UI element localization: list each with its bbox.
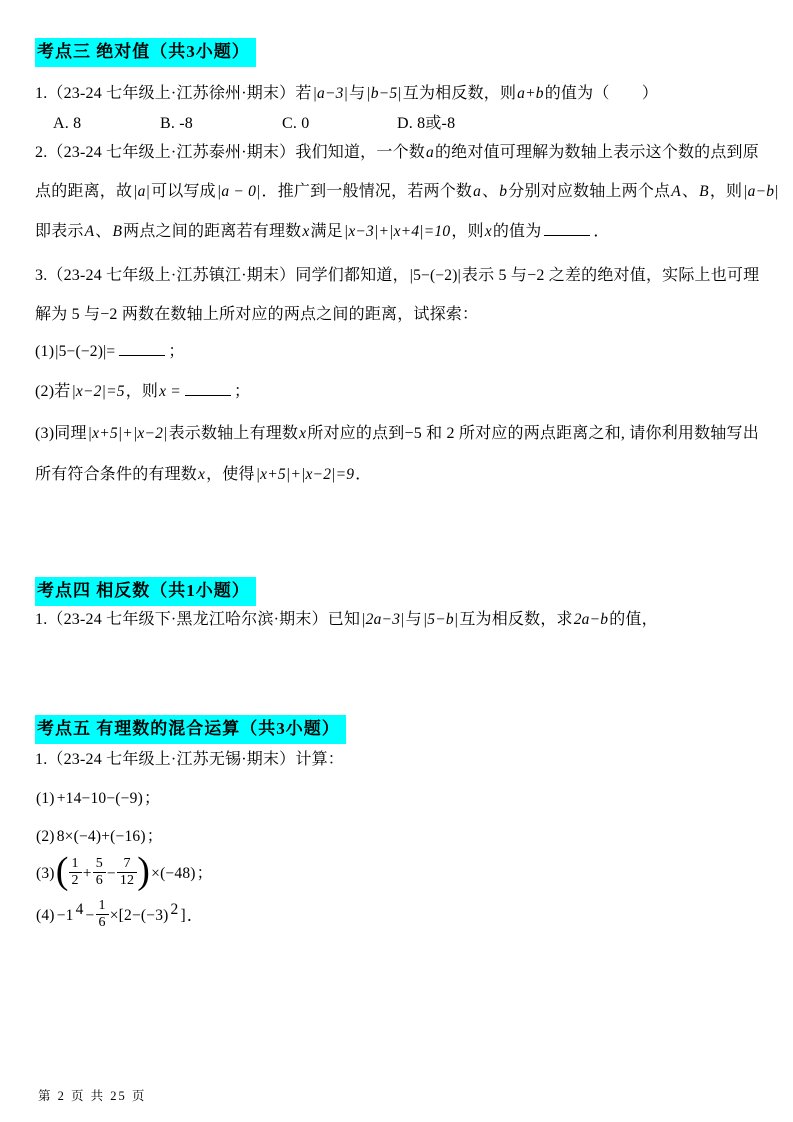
fraction: 712 [117,856,137,889]
question-5-stem: 1.（23-24 七年级上·江苏无锡·期末）计算： [35,748,344,772]
text-run: 3.（23-24 七年级上·江苏镇江·期末）同学们都知道， [35,267,409,284]
section-header-5-label: 考点五 有理数的混合运算（共3小题） [35,715,346,744]
part-label: (3)同理 [35,425,87,442]
exponent: 4 [75,901,85,918]
question-3-part-3-line-1: (3)同理|x+5|+|x−2|表示数轴上有理数x所对应的点到−5 和 2 所对… [35,422,759,446]
text-run: 满足 [310,223,342,240]
fraction-numerator: 1 [69,856,82,872]
math-expression: x [197,466,206,483]
fraction: 12 [69,856,82,889]
text-run: 两点之间的距离若有理数 [123,223,301,240]
math-expression: |5−(−2)| [409,267,462,284]
text-run: ，则 [126,383,158,400]
answer-blank [119,350,165,356]
text-run: 即表示 [35,223,84,240]
math-expression: b [498,183,508,200]
math-expression: |b−5| [365,85,402,102]
text-run: ． [355,466,371,483]
math-expression: x [484,223,493,240]
text-run: 所有符合条件的有理数 [35,466,197,483]
fraction-denominator: 6 [96,914,109,931]
question-2-line-3: 即表示A、B两点之间的距离若有理数x满足|x−3|+|x+4|=10，则x的值为… [35,220,610,244]
calc-item-1: (1)+14−10−(−9)； [35,787,160,811]
math-expression: |a| [132,183,151,200]
fraction-numerator: 1 [96,898,109,914]
text-run: 的绝对值可理解为数轴上表示这个数的点到原 [435,144,759,161]
text-run: ．推广到一般情况，若两个数 [262,183,473,200]
operator: + [82,865,93,882]
text-run: 互为相反数，则 [403,85,516,102]
option-c: C. 0 [282,112,309,136]
part-label: (1) [35,790,56,807]
answer-blank [185,390,231,396]
calc-item-4: (4)−14−16×[2−(−3)2]． [35,900,203,933]
fraction-numerator: 7 [117,856,137,872]
option-a: A. 8 [53,112,81,136]
math-expression: 8×(−4)+(−16) [56,828,147,845]
text-run: 互为相反数，求 [459,611,572,628]
part-label: (3) [35,865,56,882]
math-expression: |5−(−2)|= [54,343,116,360]
right-paren: ) [137,854,150,888]
part-label: (2) [35,828,56,845]
page-number-footer: 第 2 页 共 25 页 [38,1086,146,1104]
text-run: 表示数轴上有理数 [169,425,299,442]
text-run: 、 [482,183,498,200]
question-1-stem: 1.（23-24 七年级上·江苏徐州·期末）若|a−3|与|b−5|互为相反数，… [35,82,658,106]
math-expression: |a−3| [312,85,349,102]
text-run: 2.（23-24 七年级上·江苏泰州·期末）我们知道，一个数 [35,144,425,161]
fraction-denominator: 6 [93,872,106,889]
section-header-4: 考点四 相反数（共1小题） [35,577,256,606]
fraction-denominator: 12 [117,872,137,889]
section-header-3-label: 考点三 绝对值（共3小题） [35,38,256,67]
answer-blank [544,230,590,236]
question-3-part-3-line-2: 所有符合条件的有理数x，使得|x+5|+|x−2|=9． [35,463,371,487]
section-header-4-label: 考点四 相反数（共1小题） [35,577,256,606]
math-expression: |5−b| [422,611,459,628]
text-run: 与 [349,85,365,102]
option-b: B. -8 [160,112,193,136]
fraction-numerator: 5 [93,856,106,872]
text-run: 所对应的点到−5 和 2 所对应的两点距离之和, 请你利用数轴写出 [307,425,759,442]
document-page: 考点三 绝对值（共3小题） 1.（23-24 七年级上·江苏徐州·期末）若|a−… [0,0,793,1122]
math-expression: A [84,223,96,240]
math-expression: ×[2−(−3) [109,907,170,924]
text-run: 的值， [609,611,658,628]
fraction-denominator: 2 [69,872,82,889]
text-run: ； [168,343,184,360]
calc-item-3: (3)(12+56−712)×(−48)； [35,857,213,891]
operator: − [106,865,117,882]
text-run: 1.（23-24 七年级上·江苏徐州·期末）若 [35,85,312,102]
options-row: A. 8 B. -8 C. 0 D. 8或-8 [0,112,793,136]
question-3-part-1: (1)|5−(−2)|=； [35,340,185,364]
text-run: 1.（23-24 七年级下·黑龙江哈尔滨·期末）已知 [35,611,360,628]
right-bracket: ] [179,907,186,924]
text-run: ； [197,865,213,882]
text-run: ． [593,223,609,240]
part-label: (2)若 [35,383,70,400]
question-3-part-2: (2)若|x−2|=5，则x =； [35,380,250,404]
math-expression: |x+5|+|x−2| [87,425,169,442]
section-header-3: 考点三 绝对值（共3小题） [35,38,256,67]
text-run: ； [234,383,250,400]
math-expression: a [472,183,482,200]
text-run: 的值为（ ） [545,85,658,102]
section-header-5: 考点五 有理数的混合运算（共3小题） [35,715,346,744]
math-expression: |a−b| [742,183,779,200]
text-run: 解为 5 与−2 两数在数轴上所对应的两点之间的距离，试探索： [35,306,478,323]
left-paren: ( [56,854,69,888]
calc-item-2: (2)8×(−4)+(−16)； [35,825,163,849]
math-expression: |a − 0| [216,183,262,200]
math-expression: 2a−b [573,611,610,628]
text-run: ，使得 [206,466,255,483]
question-3-line-1: 3.（23-24 七年级上·江苏镇江·期末）同学们都知道，|5−(−2)|表示 … [35,264,759,288]
text-run: ，则 [710,183,742,200]
text-run: ． [187,907,203,924]
text-run: 可以写成 [151,183,216,200]
question-2-line-2: 点的距离，故|a|可以写成|a − 0|．推广到一般情况，若两个数a、b分别对应… [35,180,780,204]
exponent: 2 [170,901,180,918]
math-expression: −1 [56,907,75,924]
text-run: ，则 [451,223,483,240]
math-expression: x [298,425,307,442]
text-run: 与 [406,611,422,628]
fraction: 56 [93,856,106,889]
text-run: 表示 5 与−2 之差的绝对值，实际上也可理 [462,267,759,284]
math-expression: B [698,183,710,200]
text-run: 分别对应数轴上两个点 [508,183,670,200]
question-4-stem: 1.（23-24 七年级下·黑龙江哈尔滨·期末）已知|2a−3|与|5−b|互为… [35,608,658,632]
text-run: 、 [682,183,698,200]
text-run: 点的距离，故 [35,183,132,200]
math-expression: |x−3|+|x+4|=10 [343,223,451,240]
text-run: 、 [95,223,111,240]
part-label: (4) [35,907,56,924]
fraction: 16 [96,898,109,931]
text-run: 的值为 [493,223,542,240]
text-run: ； [144,790,160,807]
part-label: (1) [35,343,54,360]
math-expression: ×(−48) [150,865,197,882]
text-run: ； [147,828,163,845]
text-run: 1.（23-24 七年级上·江苏无锡·期末）计算： [35,751,344,768]
math-expression: A [670,183,682,200]
math-expression: +14−10−(−9) [56,790,144,807]
math-expression: a [425,144,435,161]
math-expression: a+b [516,85,545,102]
math-expression: |x+5|+|x−2|=9 [255,466,356,483]
operator: − [85,907,96,924]
math-expression: B [111,223,123,240]
question-2-line-1: 2.（23-24 七年级上·江苏泰州·期末）我们知道，一个数a的绝对值可理解为数… [35,141,759,165]
question-3-line-2: 解为 5 与−2 两数在数轴上所对应的两点之间的距离，试探索： [35,303,478,327]
math-expression: |2a−3| [360,611,405,628]
option-d: D. 8或-8 [397,112,455,136]
math-expression: x = [158,383,182,400]
math-expression: |x−2|=5 [70,383,125,400]
